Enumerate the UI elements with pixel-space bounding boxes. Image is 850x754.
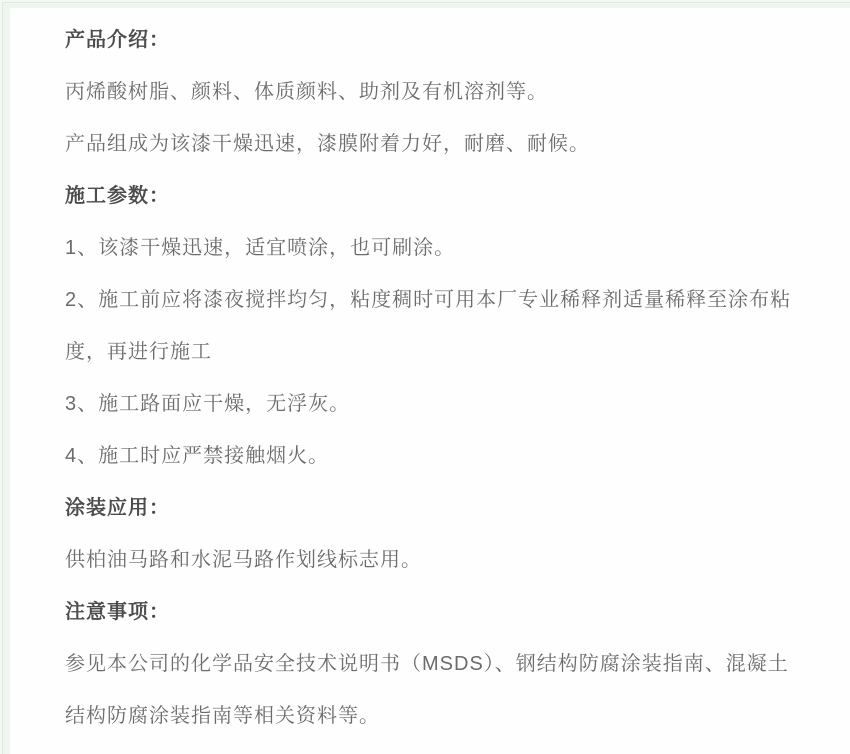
section-heading: 涂装应用： — [65, 482, 795, 534]
paragraph-line: 结构防腐涂装指南等相关资料等。 — [65, 690, 795, 742]
paragraph-line: 产品组成为该漆干燥迅速，漆膜附着力好，耐磨、耐候。 — [65, 118, 795, 170]
section-heading: 注意事项： — [65, 586, 795, 638]
paragraph-line: 参见本公司的化学品安全技术说明书（MSDS）、钢结构防腐涂装指南、混凝土 — [65, 638, 795, 690]
section-heading: 施工参数： — [65, 170, 795, 222]
content-panel: 产品介绍：丙烯酸树脂、颜料、体质颜料、助剂及有机溶剂等。产品组成为该漆干燥迅速，… — [10, 8, 850, 754]
paragraph-line: 2、施工前应将漆夜搅拌均匀，粘度稠时可用本厂专业稀释剂适量稀释至涂布粘 — [65, 274, 795, 326]
section-heading: 产品介绍： — [65, 14, 795, 66]
paragraph-line: 供柏油马路和水泥马路作划线标志用。 — [65, 534, 795, 586]
paragraph-line: 4、施工时应严禁接触烟火。 — [65, 430, 795, 482]
paragraph-line: 3、施工路面应干燥，无浮灰。 — [65, 378, 795, 430]
paragraph-line: 丙烯酸树脂、颜料、体质颜料、助剂及有机溶剂等。 — [65, 66, 795, 118]
paragraph-line: 度，再进行施工 — [65, 326, 795, 378]
page: { "page": { "background": "#f3f8f3", "st… — [0, 0, 850, 754]
document-body: 产品介绍：丙烯酸树脂、颜料、体质颜料、助剂及有机溶剂等。产品组成为该漆干燥迅速，… — [10, 8, 850, 742]
paragraph-line: 1、该漆干燥迅速，适宜喷涂，也可刷涂。 — [65, 222, 795, 274]
